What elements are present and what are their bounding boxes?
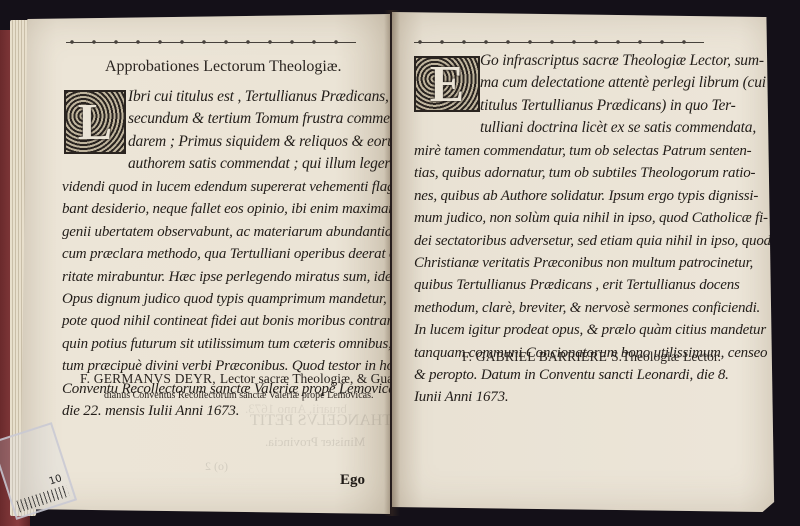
text-line: videndi quod in lucem edendum supererat …: [62, 176, 419, 198]
text-line: dei sectatoribus adversetur, sed etiam q…: [414, 230, 771, 252]
signatory-title-continued: dianus Conventus Recollectorum sanctæ Va…: [104, 390, 402, 401]
left-page: F. AGATHANGELVS PETIT Minister Provincia…: [20, 14, 390, 514]
ornament-border: [414, 36, 704, 48]
text-line: quibus Tertullianus Prædicans , erit Ter…: [414, 274, 771, 296]
text-line: & peropto. Datum in Conventu sancti Leon…: [414, 364, 771, 386]
text-line: Christianæ veritatis Præconibus non mult…: [414, 252, 771, 274]
page-heading: Approbationes Lectorum Theologiæ.: [105, 58, 342, 76]
text-line: secundum & tertium Tomum frustra commen-: [128, 108, 409, 130]
text-line: cum præclara methodo, qua Tertulliani op…: [62, 243, 419, 265]
book-spread-photo: F. AGATHANGELVS PETIT Minister Provincia…: [0, 0, 800, 526]
approbation-text-intro: Ibri cui titulus est , Tertullianus Præd…: [128, 86, 409, 176]
text-line: nes, quibus ab Authore solidatur. Ipsum …: [414, 185, 771, 207]
text-line: mirè tamen commendatur, tum ob selectas …: [414, 140, 771, 162]
approbation-text-intro: Go infrascriptus sacræ Theologiæ Lector,…: [480, 50, 766, 140]
text-line: die 22. mensis Iulii Anni 1673.: [62, 400, 419, 422]
text-line: darem ; Primus siquidem & reliquos & eor…: [128, 131, 409, 153]
text-line: tias, quibus adornatur, tum ob subtiles …: [414, 162, 771, 184]
text-line: Go infrascriptus sacræ Theologiæ Lector,…: [480, 50, 766, 72]
signatory-name: F. GERMANVS DEYR,: [80, 371, 216, 386]
text-line: Iunii Anni 1673.: [414, 386, 771, 408]
signatory-title: Lector sacræ Theologiæ, & Guar-: [220, 371, 402, 386]
text-line: authorem satis commendat ; qui illum leg…: [128, 153, 409, 175]
right-page: E Go infrascriptus sacræ Theologiæ Lecto…: [392, 12, 778, 512]
text-line: Ibri cui titulus est , Tertullianus Præd…: [128, 86, 409, 108]
book-gutter: [384, 10, 400, 516]
text-line: mum judico, non solùm quia nihil in ipso…: [414, 207, 771, 229]
signatory-name: F. GABRIEL BARRIERE: [462, 349, 607, 364]
bleed-through-text: Minister Provincia.: [265, 434, 365, 450]
text-line: quin potius futurum sit utilissimum tum …: [62, 333, 419, 355]
signature-block: F. GERMANVS DEYR, Lector sacræ Theologiæ…: [80, 370, 402, 401]
ornament-border: [66, 36, 356, 48]
catchword: Ego: [340, 472, 365, 489]
text-line: In lucem igitur prodeat opus, & prælo qu…: [414, 319, 771, 341]
dropcap-initial: E: [414, 56, 480, 112]
dropcap-initial: L: [64, 90, 126, 154]
text-line: methodum, clarè, breviter, & nervosè ser…: [414, 297, 771, 319]
signature-block: F. GABRIEL BARRIERE S.Theologiæ Lector.: [462, 348, 721, 366]
signatory-title: S.Theologiæ Lector.: [611, 349, 721, 364]
text-line: Opus dignum judico quod typis quamprimum…: [62, 288, 419, 310]
text-line: ritate mirabuntur. Hæc ipse perlegendo m…: [62, 266, 419, 288]
text-line: titulus Tertullianus Prædicans) in quo T…: [480, 95, 766, 117]
text-line: ma cum delectatione attentè perlegi libr…: [480, 72, 766, 94]
text-line: tulliani doctrina licèt ex se satis comm…: [480, 117, 766, 139]
text-line: bant desiderio, neque fallet eos opinio,…: [62, 198, 419, 220]
bleed-through-text: (o) 2: [205, 459, 228, 474]
approbation-text-body: mirè tamen commendatur, tum ob selectas …: [414, 140, 771, 409]
text-line: pote quod nihil contineat fidei aut boni…: [62, 310, 419, 332]
text-line: genii ubertatem observabunt, ac materiar…: [62, 221, 419, 243]
